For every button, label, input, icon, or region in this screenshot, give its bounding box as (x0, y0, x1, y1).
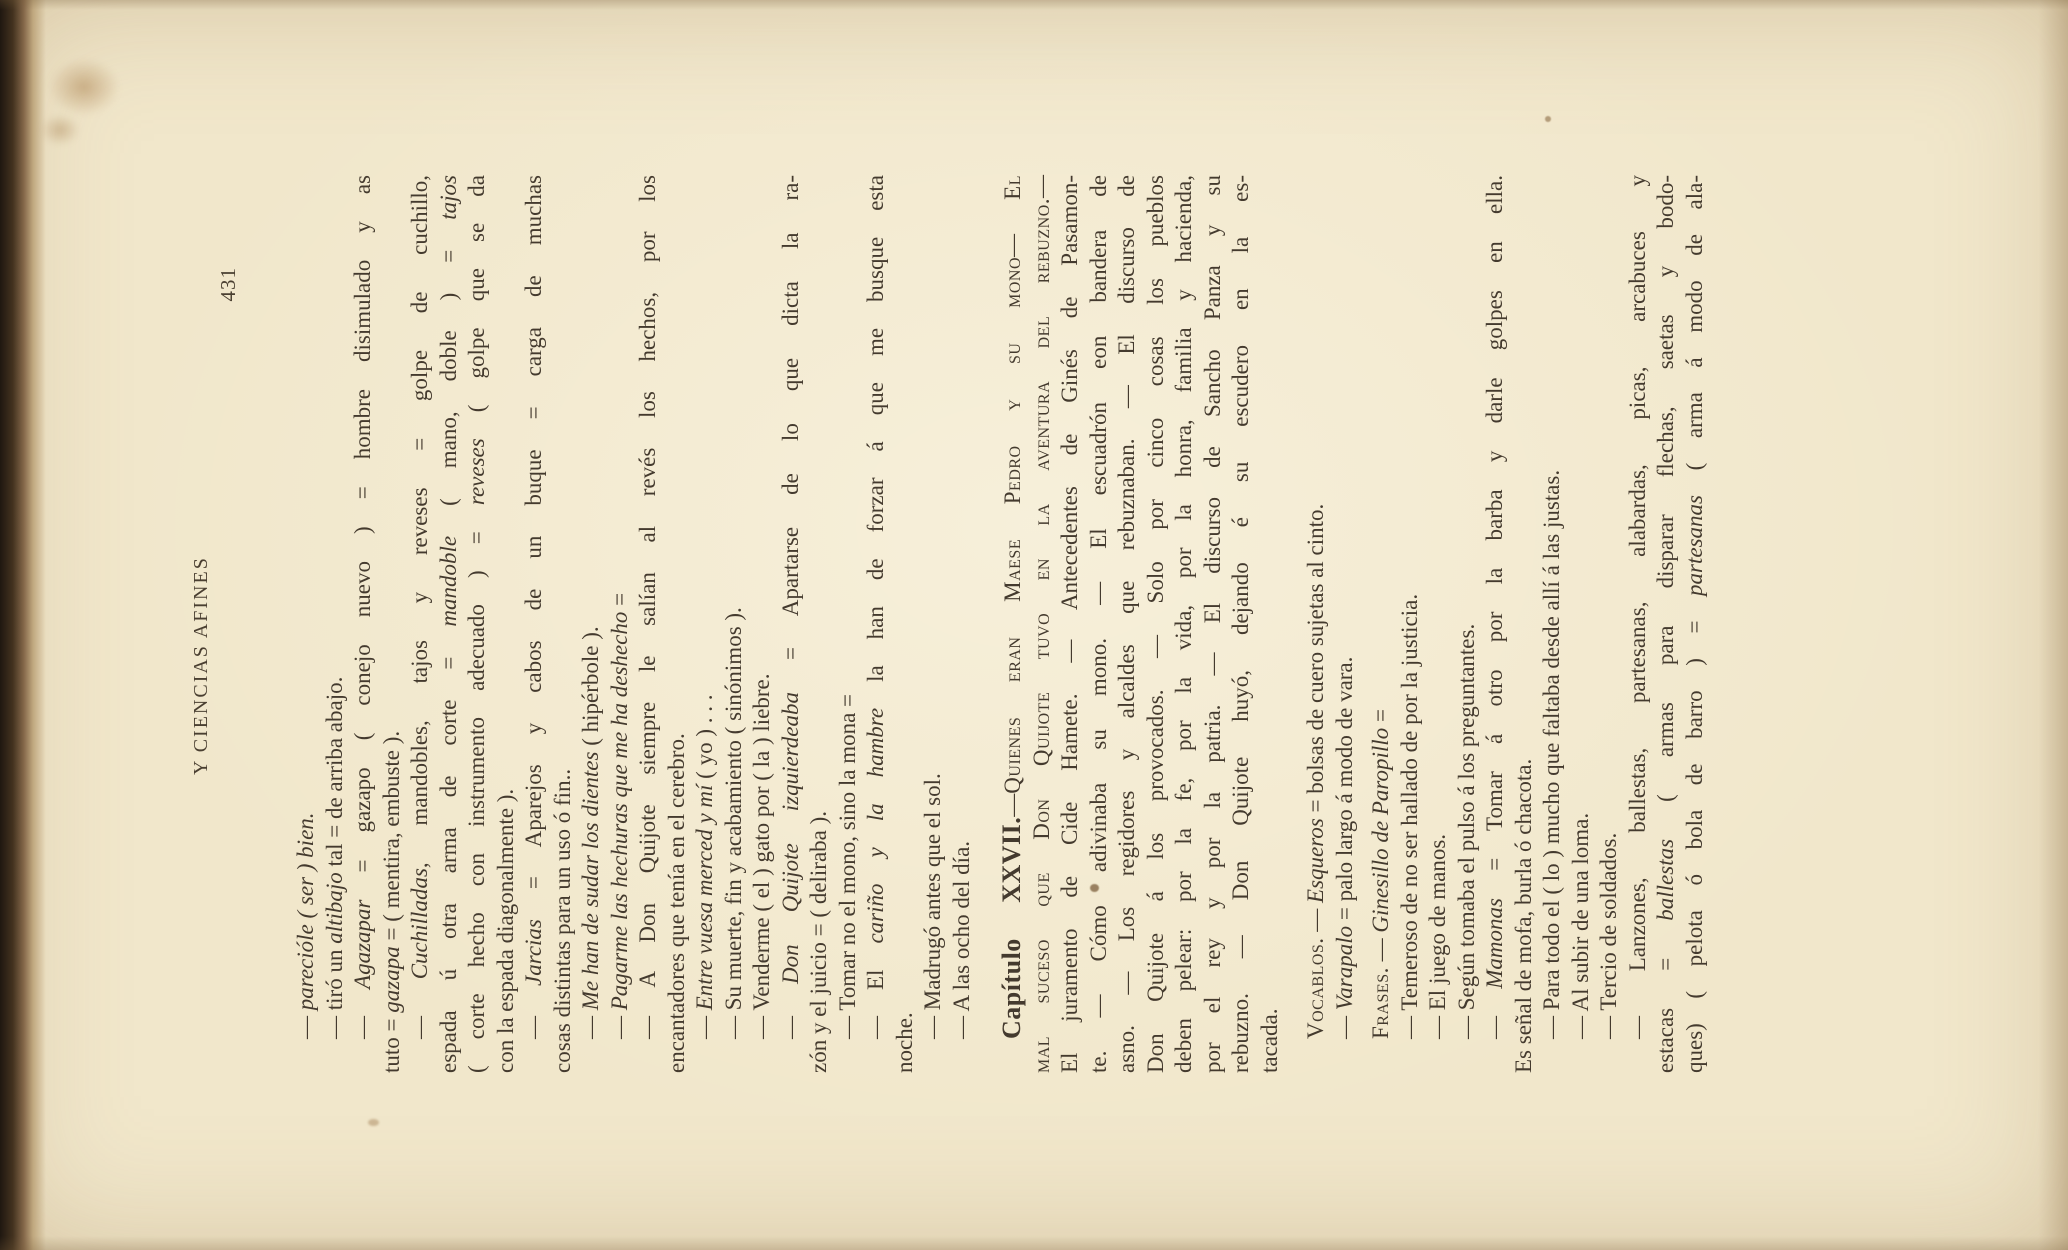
text-run: Agazapar (350, 900, 375, 989)
text-run: Don Quijote á los provocados. — Solo por… (1143, 175, 1168, 1073)
text-run: ( corte hecho con instrumento adecuado )… (464, 505, 489, 1073)
text-run: tuto = (379, 1013, 404, 1073)
text-run: altibajo (322, 872, 347, 944)
text-run: — (1029, 175, 1054, 198)
text-line: — Madrugó antes que el sol. (919, 175, 948, 1073)
text-run: Me han de sudar los dientes (578, 752, 603, 1011)
text-run: Vocablos. (1303, 937, 1328, 1039)
text-run: — Para todo el ( lo ) mucho que faltaba … (1539, 470, 1564, 1039)
text-line: — tiró un altibajo tal = de arriba abajo… (321, 175, 350, 1073)
text-run: — (1482, 989, 1507, 1039)
text-run: — (607, 1010, 632, 1039)
running-header: Y CIENCIAS AFINES 431 (190, 175, 250, 1073)
text-run: cariño y la hambre (863, 708, 888, 944)
paper-edge-shadow-bottom (0, 1236, 2068, 1250)
text-run: Es señal de mofa, burla ó chacota. (1511, 759, 1536, 1073)
text-line: — Me han de sudar los dientes ( hipérbol… (577, 175, 606, 1073)
text-run: tajos (436, 175, 461, 220)
text-run: — (778, 984, 803, 1039)
text-run: te. — Cómo adivinaba su mono. — El escua… (1086, 175, 1111, 1073)
text-line: Capítulo XXVII.—Quienes eran Maese Pedro… (998, 175, 1028, 1073)
text-run: — Tercio de soldados. (1596, 833, 1621, 1039)
text-line: — Don Quijote izquierdeaba = Apartarse d… (777, 175, 806, 1073)
text-run: Mamonas (1482, 898, 1507, 989)
text-run: El juramento de Cide Hamete. — Anteceden… (1057, 175, 1082, 1073)
text-run: ballestas (1653, 839, 1678, 921)
text-line: — Tercio de soldados. (1595, 175, 1624, 1073)
text-run: noche. (892, 1012, 917, 1073)
text-line: El juramento de Cide Hamete. — Anteceden… (1056, 175, 1085, 1073)
text-run: mal suceso que Don Quijote tuvo en la av… (1029, 198, 1054, 1073)
text-run: Quienes eran Maese Pedro y su mono (1000, 257, 1025, 794)
text-run: con la espada diagonalmente ). (493, 789, 518, 1073)
book-edge-shadow (0, 0, 46, 1250)
text-run: — A las ocho del día. (949, 841, 974, 1039)
text-line: mal suceso que Don Quijote tuvo en la av… (1028, 175, 1057, 1073)
text-run: Cuchilladas (407, 868, 432, 979)
text-run: — (407, 979, 432, 1039)
text-run: — Lanzones, ballestas, partesanas, alaba… (1625, 175, 1650, 1039)
text-run: — (1332, 1010, 1357, 1039)
text-run: = Apartarse de lo que dicta la ra- (778, 175, 803, 692)
text-line: rebuzno. — Don Quijote huyó, dejando é s… (1227, 175, 1256, 1073)
text-run: deben pelear: por la fe, por la vida, po… (1171, 175, 1196, 1073)
text-run: — (578, 1010, 603, 1039)
running-title: Y CIENCIAS AFINES (190, 556, 213, 775)
text-line: — Jarcias = Aparejos y cabos de un buque… (520, 175, 549, 1073)
page-number: 431 (216, 267, 241, 302)
text-run: = (1368, 709, 1393, 728)
text-run: ques) ( pelota ó bola de barro ) = (1682, 596, 1707, 1073)
text-line: noche. (891, 175, 920, 1073)
text-run: — (293, 1010, 318, 1039)
text-run: gazapa (379, 946, 404, 1012)
text-run: ( golpe que se da (464, 175, 489, 438)
text-line: — A las ocho del día. (948, 175, 977, 1073)
text-line: Don Quijote á los provocados. — Solo por… (1142, 175, 1171, 1073)
paper-edge-shadow-top (0, 0, 2068, 10)
text-line: — Agazapar = gazapo ( conejo nuevo ) = h… (349, 175, 378, 1073)
text-run: — (692, 1010, 717, 1039)
text-run: ( hipérbole ). (578, 626, 603, 751)
text-run: — El (863, 944, 888, 1039)
text-run: Esqueros (1303, 818, 1328, 903)
scanned-book-page: Y CIENCIAS AFINES 431 — parecióle ( ser … (0, 0, 2068, 1250)
text-run: — (1303, 903, 1328, 938)
text-line: — Entre vuesa merced y mí ( yo ) . . . (691, 175, 720, 1073)
text-run: — El juego de manos. (1425, 834, 1450, 1039)
text-run: mandoble (436, 536, 461, 627)
text-line: Frases. — Ginesillo de Paropillo = (1367, 175, 1396, 1073)
text-run: = palo largo á modo de vara. (1332, 657, 1357, 926)
book-page-rotated: Y CIENCIAS AFINES 431 — parecióle ( ser … (0, 0, 2068, 1250)
text-run: ( yo ) . . . (692, 695, 717, 785)
text-line: asno. — Los regidores y alcaldes que reb… (1113, 175, 1142, 1073)
text-run: Frases. (1368, 967, 1393, 1039)
text-run: tal = de arriba abajo. (322, 677, 347, 873)
text-run: — Al subir de una loma. (1568, 813, 1593, 1039)
text-line: encantadores que tenía en el cerebro. (663, 175, 692, 1073)
text-line: — Venderme ( el ) gato por ( la ) liebre… (748, 175, 777, 1073)
text-run: la han de forzar á que me busque esta (863, 175, 888, 708)
text-run: Capítulo XXVII. (997, 817, 1026, 1039)
text-line: — Lanzones, ballestas, partesanas, alaba… (1624, 175, 1653, 1073)
paper-edge-shadow-right (2038, 0, 2068, 1250)
text-run: = gazapo ( conejo nuevo ) = hombre disim… (350, 175, 375, 900)
text-line: Es señal de mofa, burla ó chacota. (1510, 175, 1539, 1073)
text-run: — (1000, 200, 1025, 257)
text-run: = ( mentira, embuste ). (379, 731, 404, 946)
text-run: — (1000, 794, 1025, 817)
text-line: tacada. (1256, 175, 1285, 1073)
text-line: — parecióle ( ser ) bien. (292, 175, 321, 1073)
text-run: Ginesillo de Paropillo (1368, 728, 1393, 933)
text-run: espada ú otra arma de corte = (436, 627, 461, 1073)
text-run: por el rey y por la patria. — El discurs… (1200, 175, 1225, 1073)
text-line: — Al subir de una loma. (1567, 175, 1596, 1073)
text-line: — El juego de manos. (1424, 175, 1453, 1073)
text-run: Varapalo (1332, 926, 1357, 1010)
text-line: — Temeroso de no ser hallado de por la j… (1396, 175, 1425, 1073)
text-line: — Tomar no el mono, sino la mona = (834, 175, 863, 1073)
text-line: — A Don Quijote siempre le salían al rev… (634, 175, 663, 1073)
text-line: — Mamonas = Tomar á otro por la barba y … (1481, 175, 1510, 1073)
text-run: Don Quijote izquierdeaba (778, 692, 803, 984)
text-run: — Madrugó antes que el sol. (920, 773, 945, 1039)
text-run: tacada. (1257, 1009, 1282, 1073)
text-run: estacas = (1653, 921, 1678, 1073)
text-line: — Cuchilladas, mandobles, tajos y revese… (406, 175, 435, 1073)
text-line: ( corte hecho con instrumento adecuado )… (463, 175, 492, 1073)
text-line: — El cariño y la hambre la han de forzar… (862, 175, 891, 1073)
text-run: Entre vuesa merced y mí (692, 785, 717, 1011)
text-run: — Según tomaba el pulso á los preguntant… (1454, 624, 1479, 1039)
text-line: con la espada diagonalmente ). (492, 175, 521, 1073)
text-line: — Según tomaba el pulso á los preguntant… (1453, 175, 1482, 1073)
text-run: Pagarme las hechuras que me ha deshecho (607, 612, 632, 1011)
text-run: encantadores que tenía en el cerebro. (664, 733, 689, 1073)
text-run: — Tomar no el mono, sino la mona = (835, 694, 860, 1039)
text-run: — (521, 986, 546, 1039)
text-run: partesanas (1682, 495, 1707, 596)
text-run: ( mano, doble ) = (436, 220, 461, 536)
text-run: zón y el juicio = ( deliraba ). (806, 811, 831, 1073)
text-line: — Pagarme las hechuras que me ha deshech… (606, 175, 635, 1073)
text-run: = bolsas de cuero sujetas al cinto. (1303, 504, 1328, 818)
text-run: — (350, 989, 375, 1039)
text-run: = Aparejos y cabos de un buque = carga d… (521, 175, 546, 919)
text-run: — Su muerte, fin y acabamiento ( sinónim… (721, 607, 746, 1039)
text-run: cosas distintas para un uso ó fin.. (550, 769, 575, 1073)
text-line: espada ú otra arma de corte = mandoble (… (435, 175, 464, 1073)
text-line: te. — Cómo adivinaba su mono. — El escua… (1085, 175, 1114, 1073)
text-run: = Tomar á otro por la barba y darle golp… (1482, 175, 1507, 898)
text-line: Vocablos. — Esqueros = bolsas de cuero s… (1302, 175, 1331, 1073)
text-line: — Su muerte, fin y acabamiento ( sinónim… (720, 175, 749, 1073)
text-line: cosas distintas para un uso ó fin.. (549, 175, 578, 1073)
text-run: Jarcias (521, 919, 546, 986)
text-run: ( armas para disparar flechas, saetas y … (1653, 175, 1678, 839)
text-run: — (1368, 933, 1393, 968)
text-run: = (607, 593, 632, 612)
text-run: parecióle ( ser ) bien. (293, 812, 318, 1010)
text-run: asno. — Los regidores y alcaldes que reb… (1114, 175, 1139, 1073)
text-run: ( arma á modo de ala- (1682, 175, 1707, 495)
text-line: deben pelear: por la fe, por la vida, po… (1170, 175, 1199, 1073)
text-run: — Venderme ( el ) gato por ( la ) liebre… (749, 673, 774, 1039)
text-line: por el rey y por la patria. — El discurs… (1199, 175, 1228, 1073)
text-line: ques) ( pelota ó bola de barro ) = parte… (1681, 175, 1710, 1073)
text-run: rebuzno. — Don Quijote huyó, dejando é s… (1228, 175, 1253, 1073)
text-block: — parecióle ( ser ) bien.— tiró un altib… (292, 175, 1709, 1073)
text-line: zón y el juicio = ( deliraba ). (805, 175, 834, 1073)
text-run: , mandobles, tajos y reveses = golpe de … (407, 175, 432, 868)
text-run: El (1000, 175, 1025, 200)
text-line: estacas = ballestas ( armas para dispara… (1652, 175, 1681, 1073)
text-run: reveses (464, 438, 489, 505)
text-run: — tiró un (322, 944, 347, 1039)
text-run: — Temeroso de no ser hallado de por la j… (1397, 594, 1422, 1039)
text-run: — A Don Quijote siempre le salían al rev… (635, 175, 660, 1039)
text-line: — Para todo el ( lo ) mucho que faltaba … (1538, 175, 1567, 1073)
text-line: tuto = gazapa = ( mentira, embuste ). (378, 175, 407, 1073)
text-line: — Varapalo = palo largo á modo de vara. (1331, 175, 1360, 1073)
